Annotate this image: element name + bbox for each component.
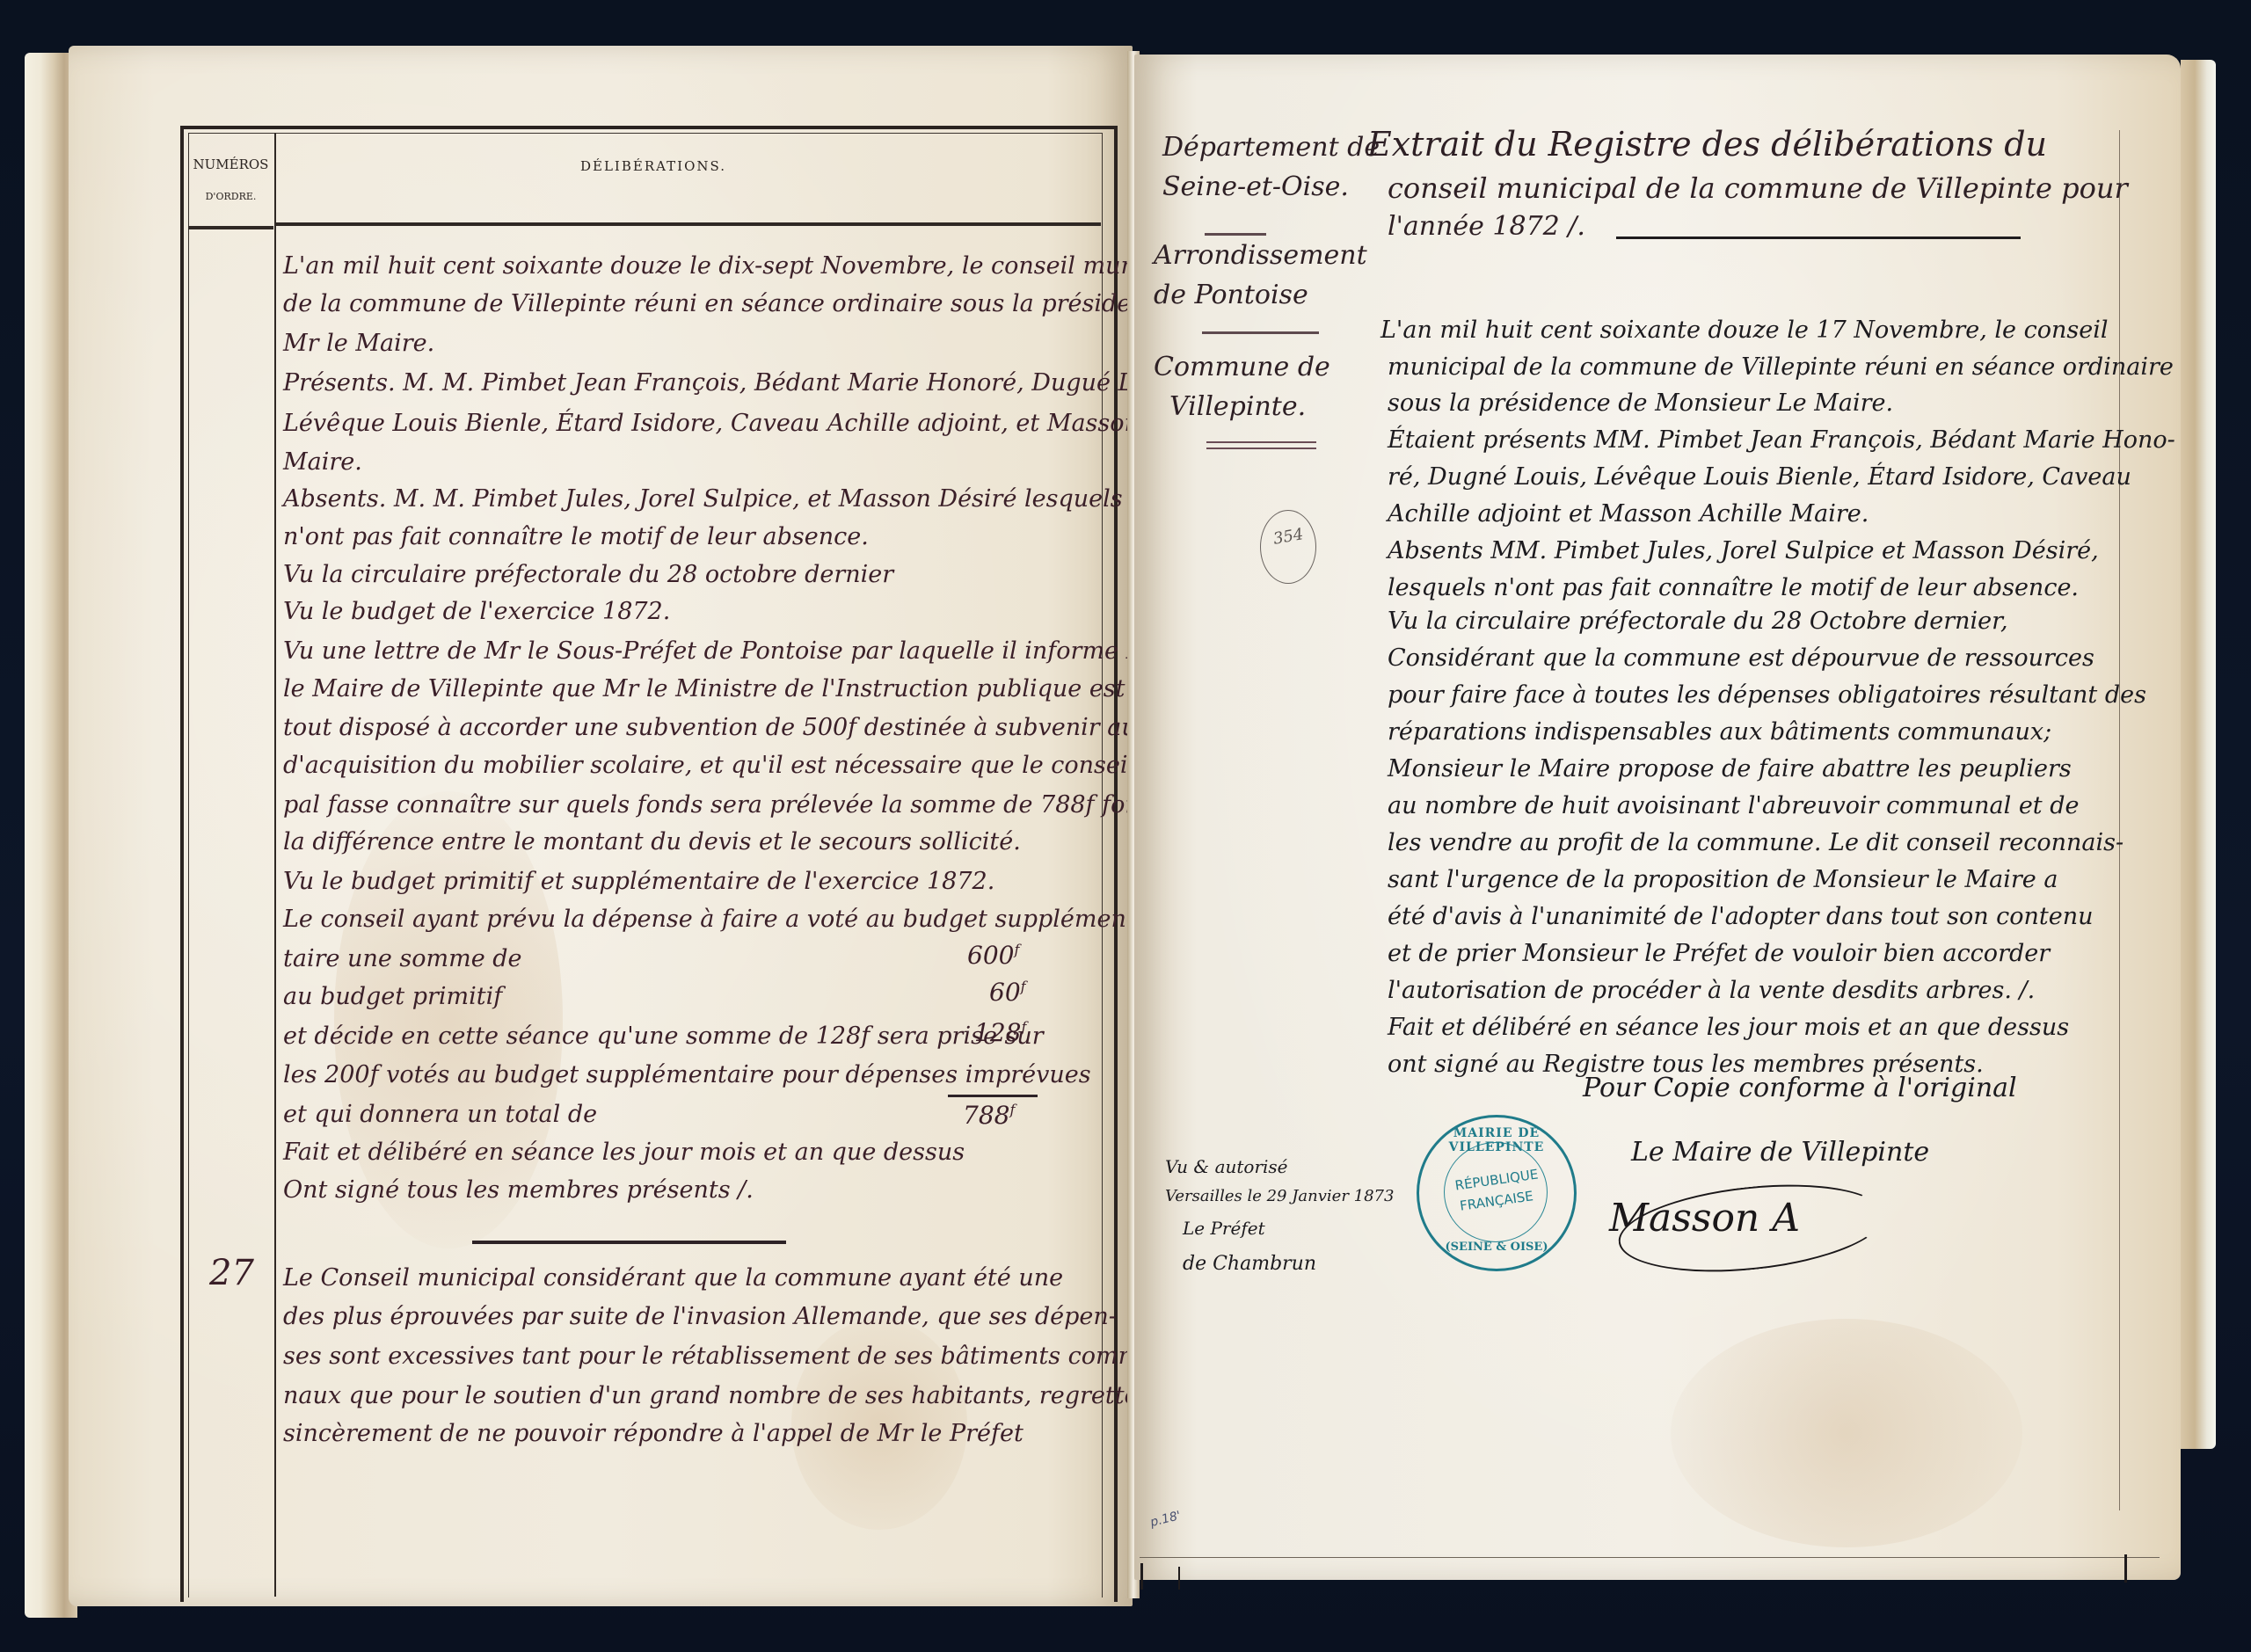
handwritten-line: pal fasse connaître sur quels fonds sera… (283, 791, 1198, 819)
commune-label: Commune de (1154, 352, 1330, 382)
handwritten-line: lesquels n'ont pas fait connaître le mot… (1388, 574, 2079, 601)
book-right-edge (2181, 60, 2216, 1449)
column-header-numeros: NUMÉROS (188, 156, 273, 172)
department-name: Seine-et-Oise. (1162, 171, 1349, 202)
handwritten-line: pour faire face à toutes les dépenses ob… (1388, 681, 2146, 709)
sidebar-rule (1205, 233, 1266, 236)
approval-title: Le Préfet (1183, 1218, 1265, 1239)
handwritten-line: été d'avis à l'unanimité de l'adopter da… (1388, 903, 2094, 930)
handwritten-line: les vendre au profit de la commune. Le d… (1388, 829, 2124, 856)
handwritten-line: Fait et délibéré en séance les jour mois… (1388, 1014, 2069, 1041)
handwritten-line: au budget primitif (283, 983, 502, 1010)
entry-number: 27 (209, 1253, 254, 1293)
handwritten-line: des plus éprouvées par suite de l'invasi… (283, 1303, 1117, 1330)
column-header-deliberations: DÉLIBÉRATIONS. (580, 158, 726, 174)
mayor-title: Le Maire de Villepinte (1631, 1137, 1929, 1168)
entry-separator (472, 1241, 786, 1244)
handwritten-line: Étaient présents MM. Pimbet Jean Françoi… (1388, 426, 2175, 454)
stamp-region-text: (SEINE & OISE) (1419, 1241, 1574, 1254)
title-rule (1616, 237, 2021, 239)
handwritten-line: les 200f votés au budget supplémentaire … (283, 1061, 1091, 1088)
mairie-seal-stamp: MAIRIE DE VILLEPINTE RÉPUBLIQUE FRANÇAIS… (1417, 1115, 1577, 1271)
handwritten-line: Lévêque Louis Bienle, Étard Isidore, Cav… (283, 410, 1229, 437)
handwritten-line: et de prier Monsieur le Préfet de vouloi… (1388, 940, 2050, 967)
sum-rule (948, 1095, 1038, 1097)
right-page-bottom-rule (1140, 1557, 2160, 1558)
handwritten-line: Achille adjoint et Masson Achille Maire. (1388, 500, 1869, 528)
handwritten-line: et décide en cette séance qu'une somme d… (283, 1022, 1044, 1050)
handwritten-line: d'acquisition du mobilier scolaire, et q… (283, 752, 1233, 779)
approval-date: Versailles le 29 Janvier 1873 (1165, 1187, 1394, 1205)
handwritten-line: Vu une lettre de Mr le Sous-Préfet de Po… (283, 637, 1162, 665)
handwritten-line: Vu la circulaire préfectorale du 28 octo… (283, 561, 893, 588)
title-line: Extrait du Registre des délibérations du (1367, 125, 2047, 164)
prefect-signature: de Chambrun (1183, 1253, 1316, 1275)
title-line: l'année 1872 /. (1388, 211, 1585, 242)
handwritten-line: L'an mil huit cent soixante douze le dix… (283, 252, 1201, 280)
header-rule (188, 226, 273, 229)
handwritten-line: municipal de la commune de Villepinte ré… (1388, 353, 2174, 381)
handwritten-line: n'ont pas fait connaître le motif de leu… (283, 523, 869, 550)
column-header-ordre: D'ORDRE. (188, 191, 273, 202)
handwritten-line: sincèrement de ne pouvoir répondre à l'a… (283, 1420, 1024, 1447)
handwritten-line: Vu la circulaire préfectorale du 28 Octo… (1388, 608, 2008, 635)
handwritten-line: Le conseil ayant prévu la dépense à fair… (283, 906, 1134, 933)
handwritten-line: Considérant que la commune est dépourvue… (1388, 644, 2094, 672)
handwritten-line: L'an mil huit cent soixante douze le 17 … (1380, 317, 2108, 344)
amount-primitive: 60f (989, 978, 1026, 1007)
handwritten-line: Le Conseil municipal considérant que la … (283, 1264, 1063, 1292)
handwritten-line: le Maire de Villepinte que Mr le Ministr… (283, 675, 1125, 702)
ruling-tick (1178, 1567, 1180, 1590)
handwritten-line: naux que pour le soutien d'un grand nomb… (283, 1382, 1139, 1409)
handwritten-line: et qui donnera un total de (283, 1101, 597, 1128)
approval-line: Vu & autorisé (1165, 1156, 1288, 1177)
handwritten-line: de la commune de Villepinte réuni en séa… (283, 290, 1211, 317)
handwritten-line: ré, Dugné Louis, Lévêque Louis Bienle, É… (1388, 463, 2131, 491)
handwritten-line: ses sont excessives tant pour le rétabli… (283, 1343, 1164, 1370)
folio-circle (1260, 510, 1316, 584)
title-line: conseil municipal de la commune de Ville… (1388, 171, 2128, 205)
header-rule (276, 222, 1101, 226)
arrondissement-name: de Pontoise (1154, 280, 1308, 310)
handwritten-line: Ont signé tous les membres présents /. (283, 1176, 754, 1204)
arrondissement-label: Arrondissement (1154, 240, 1367, 271)
handwritten-line: Vu le budget de l'exercice 1872. (283, 598, 670, 625)
handwritten-line: Maire. (283, 448, 362, 476)
sidebar-rule (1202, 331, 1319, 334)
amount-total: 788f (963, 1101, 1015, 1130)
handwritten-line: tout disposé à accorder une subvention d… (283, 714, 1212, 741)
sidebar-double-rule (1206, 441, 1316, 449)
stamp-outer-text: MAIRIE DE VILLEPINTE (1419, 1126, 1574, 1154)
department-label: Département de (1162, 132, 1380, 163)
scanned-register-scene: NUMÉROS D'ORDRE. DÉLIBÉRATIONS. L'an mil… (0, 0, 2251, 1652)
handwritten-line: Fait et délibéré en séance les jour mois… (283, 1139, 965, 1166)
handwritten-line: taire une somme de (283, 945, 522, 972)
handwritten-line: Présents. M. M. Pimbet Jean François, Bé… (283, 369, 1191, 397)
handwritten-line: la différence entre le montant du devis … (283, 828, 1021, 855)
amount-supplementary: 600f (967, 941, 1019, 970)
amount-taken: 128f (974, 1018, 1026, 1047)
commune-name: Villepinte. (1169, 391, 1306, 422)
handwritten-line: Mr le Maire. (283, 330, 434, 357)
handwritten-line: sant l'urgence de la proposition de Mons… (1388, 866, 2058, 893)
certification-line: Pour Copie conforme à l'original (1583, 1073, 2017, 1103)
handwritten-line: Monsieur le Maire propose de faire abatt… (1388, 755, 2072, 782)
handwritten-line: Vu le budget primitif et supplémentaire … (283, 868, 994, 895)
handwritten-line: Absents MM. Pimbet Jules, Jorel Sulpice … (1388, 537, 2099, 564)
handwritten-line: réparations indispensables aux bâtiments… (1388, 718, 2051, 746)
mayor-signature: Masson A (1609, 1196, 1800, 1241)
ruling-tick (1140, 1563, 1143, 1590)
ruling-tick (2124, 1554, 2127, 1583)
handwritten-line: au nombre de huit avoisinant l'abreuvoir… (1388, 792, 2080, 819)
column-divider (274, 133, 276, 1597)
handwritten-line: Absents. M. M. Pimbet Jules, Jorel Sulpi… (283, 485, 1123, 513)
handwritten-line: l'autorisation de procéder à la vente de… (1388, 977, 2035, 1004)
handwritten-line: sous la présidence de Monsieur Le Maire. (1388, 389, 1893, 417)
